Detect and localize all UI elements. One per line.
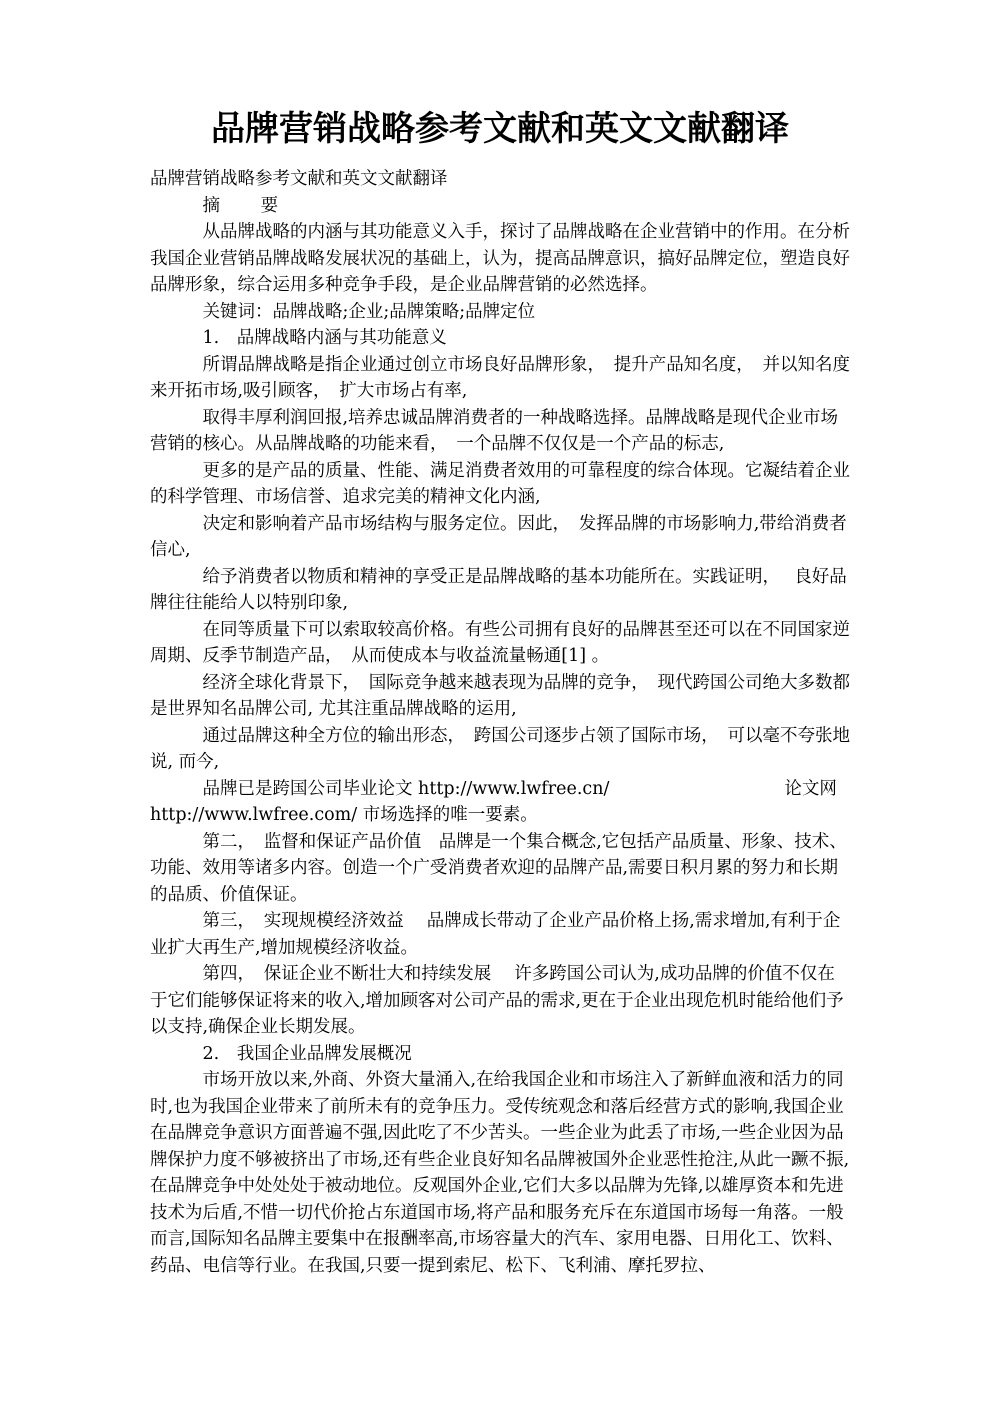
paragraph: 所谓品牌战略是指企业通过创立市场良好品牌形象， 提升产品知名度， 并以知名度来开…	[150, 352, 850, 405]
paragraph: 关键词：品牌战略;企业;品牌策略;品牌定位	[150, 299, 850, 326]
paragraph: 在同等质量下可以索取较高价格。有些公司拥有良好的品牌甚至还可以在不同国家逆周期、…	[150, 617, 850, 670]
paragraph: 通过品牌这种全方位的输出形态， 跨国公司逐步占领了国际市场， 可以毫不夸张地说,…	[150, 723, 850, 776]
paragraph: 第四， 保证企业不断壮大和持续发展 许多跨国公司认为,成功品牌的价值不仅在于它们…	[150, 961, 850, 1041]
document-title: 品牌营销战略参考文献和英文文献翻译	[150, 102, 850, 156]
paragraph: 取得丰厚利润回报,培养忠诚品牌消费者的一种战略选择。品牌战略是现代企业市场营销的…	[150, 405, 850, 458]
paragraph: 市场开放以来,外商、外资大量涌入,在给我国企业和市场注入了新鲜血液和活力的同时,…	[150, 1067, 850, 1279]
paragraph: 第三， 实现规模经济效益 品牌成长带动了企业产品价格上扬,需求增加,有利于企业扩…	[150, 908, 850, 961]
paragraph: 更多的是产品的质量、性能、满足消费者效用的可靠程度的综合体现。它凝结着企业的科学…	[150, 458, 850, 511]
paragraph: 品牌已是跨国公司毕业论文 http://www.lwfree.cn/ 论文网 h…	[150, 776, 850, 829]
paragraph: 1. 品牌战略内涵与其功能意义	[150, 325, 850, 352]
paragraph: 给予消费者以物质和精神的享受正是品牌战略的基本功能所在。实践证明， 良好品牌往往…	[150, 564, 850, 617]
paragraph: 2. 我国企业品牌发展概况	[150, 1041, 850, 1068]
document-subtitle: 品牌营销战略参考文献和英文文献翻译	[150, 166, 850, 193]
paragraph: 第二， 监督和保证产品价值 品牌是一个集合概念,它包括产品质量、形象、技术、功能…	[150, 829, 850, 909]
paragraph: 决定和影响着产品市场结构与服务定位。因此， 发挥品牌的市场影响力,带给消费者信心…	[150, 511, 850, 564]
document-page: 品牌营销战略参考文献和英文文献翻译 品牌营销战略参考文献和英文文献翻译 摘 要从…	[0, 0, 993, 1404]
paragraph: 经济全球化背景下， 国际竞争越来越表现为品牌的竞争， 现代跨国公司绝大多数都是世…	[150, 670, 850, 723]
document-body: 摘 要从品牌战略的内涵与其功能意义入手，探讨了品牌战略在企业营销中的作用。在分析…	[150, 193, 850, 1280]
paragraph: 从品牌战略的内涵与其功能意义入手，探讨了品牌战略在企业营销中的作用。在分析我国企…	[150, 219, 850, 299]
paragraph: 摘 要	[150, 193, 850, 220]
